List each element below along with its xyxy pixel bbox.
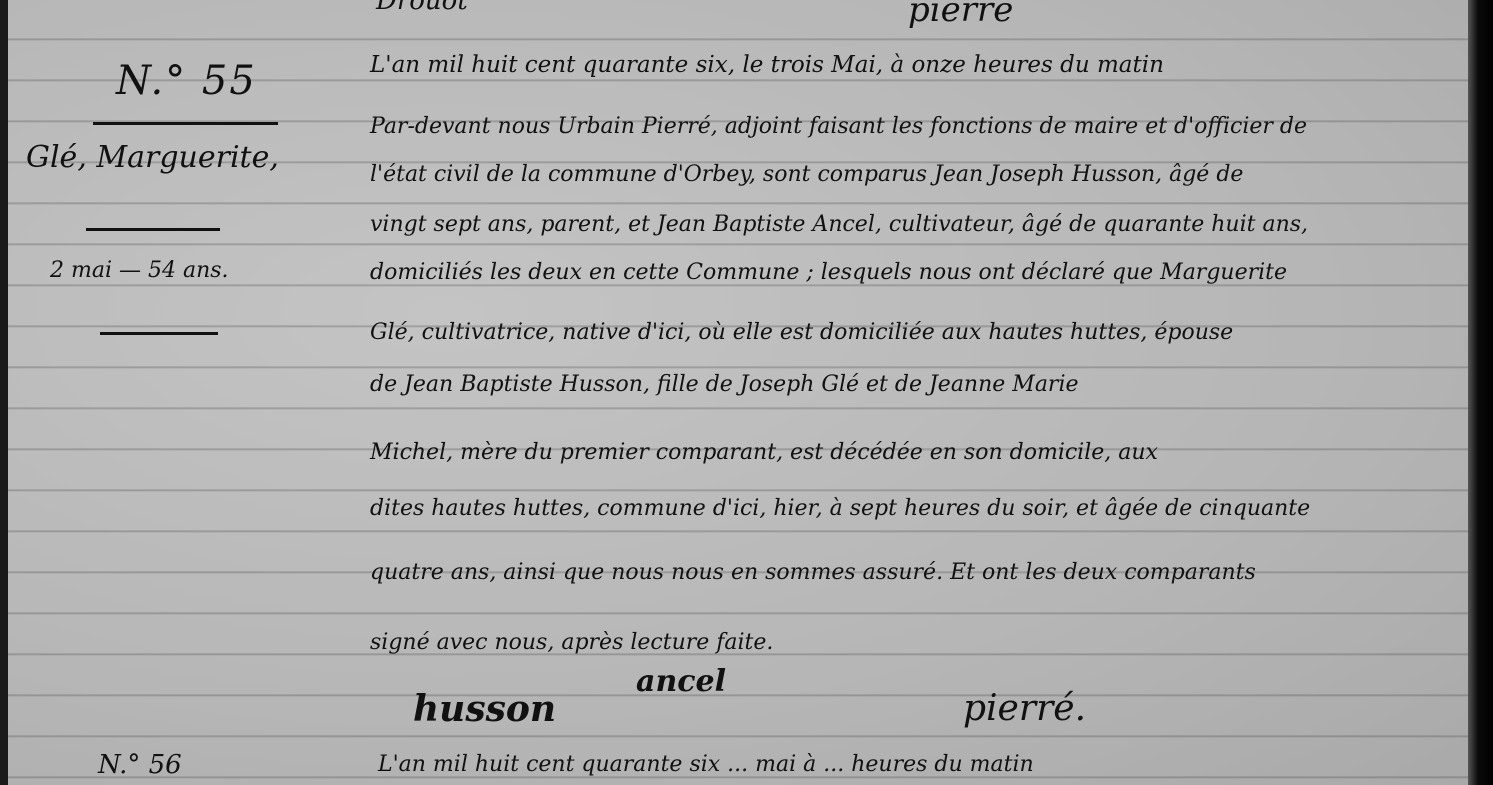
margin-rule-1: [93, 122, 278, 125]
signature-husson: husson: [413, 688, 556, 730]
body-line-9: dites hautes huttes, commune d'ici, hier…: [370, 496, 1310, 521]
body-line-5: domiciliés les deux en cette Commune ; l…: [370, 260, 1287, 285]
body-line-11: signé avec nous, après lecture faite.: [370, 630, 773, 655]
scan-left-border: [0, 0, 8, 785]
next-entry-first-line: L'an mil huit cent quarante six ... mai …: [378, 752, 1034, 777]
body-line-7: de Jean Baptiste Husson, fille de Joseph…: [370, 372, 1079, 397]
register-page: Drouot pierre N.° 55 Glé, Marguerite, 2 …: [8, 0, 1468, 785]
death-date-age: 2 mai — 54 ans.: [50, 258, 229, 283]
entry-number: N.° 55: [116, 58, 257, 104]
scan-right-border: [1468, 0, 1493, 785]
previous-entry-signature: pierre: [908, 0, 1013, 30]
body-line-1: L'an mil huit cent quarante six, le troi…: [370, 52, 1164, 78]
signature-officer: pierré.: [963, 688, 1086, 729]
body-line-6: Glé, cultivatrice, native d'ici, où elle…: [370, 320, 1233, 345]
body-line-2: Par-devant nous Urbain Pierré, adjoint f…: [370, 114, 1307, 139]
body-line-8: Michel, mère du premier comparant, est d…: [370, 440, 1158, 465]
margin-rule-3: [100, 332, 218, 335]
margin-rule-2: [86, 228, 220, 231]
previous-entry-tail: Drouot: [376, 0, 468, 16]
body-line-10: quatre ans, ainsi que nous nous en somme…: [370, 560, 1256, 585]
body-line-4: vingt sept ans, parent, et Jean Baptiste…: [370, 212, 1308, 237]
body-line-3: l'état civil de la commune d'Orbey, sont…: [370, 162, 1243, 187]
next-entry-number: N.° 56: [98, 750, 182, 780]
deceased-name-margin: Glé, Marguerite,: [26, 140, 279, 175]
signature-ancel: ancel: [636, 664, 726, 699]
